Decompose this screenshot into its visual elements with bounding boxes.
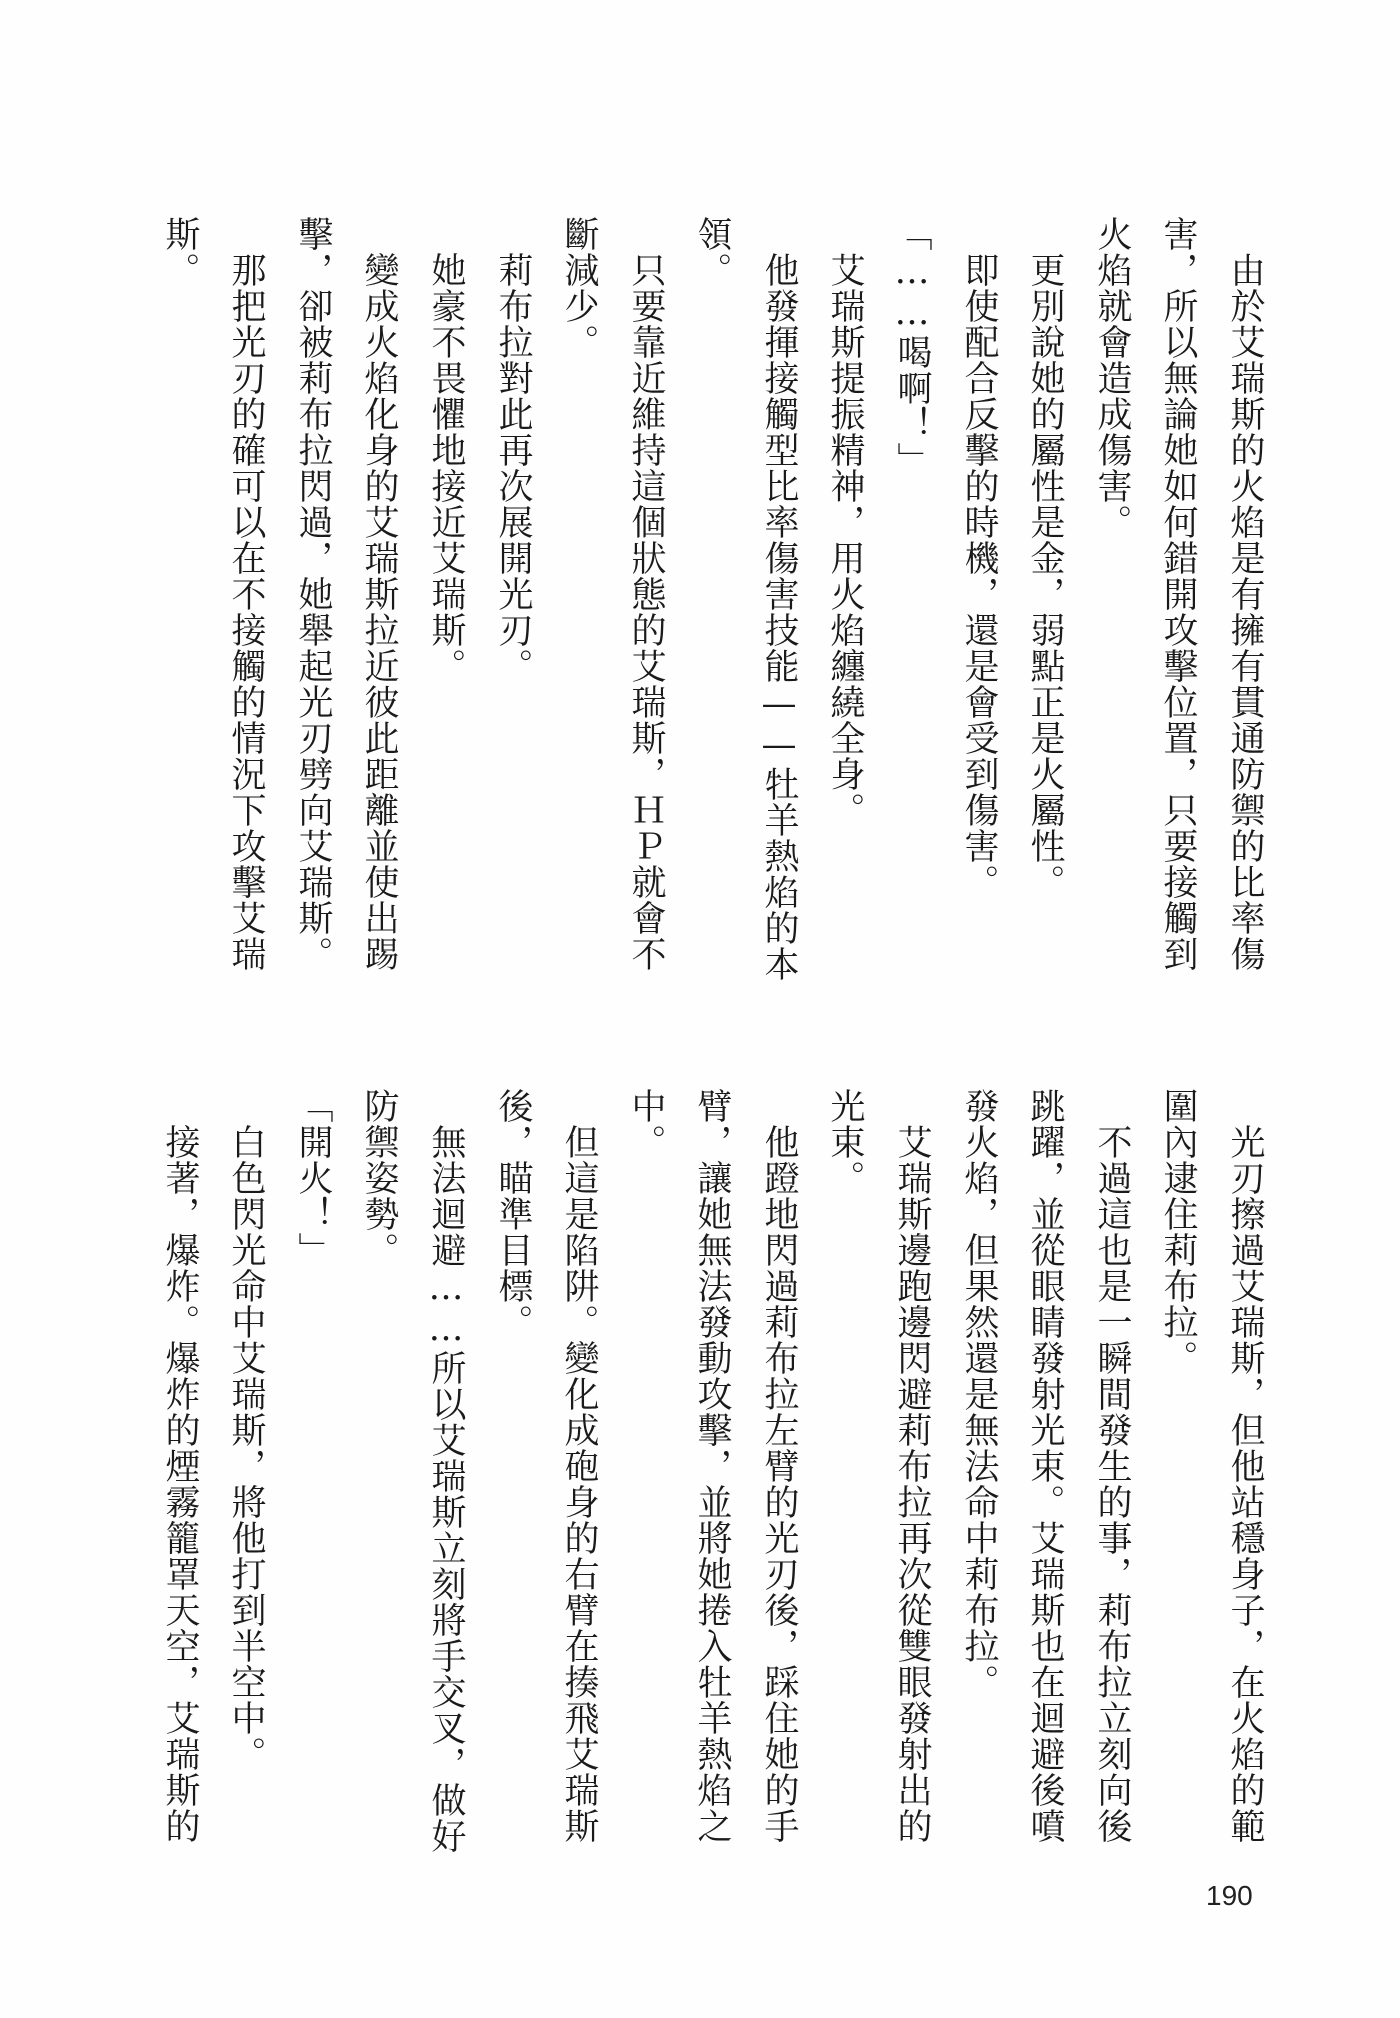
- text-column: 他發揮接觸型比率傷害技能——牡羊熱焰的本: [754, 216, 804, 982]
- book-page: 由於艾瑞斯的火焰是有擁有貫通防禦的比率傷 害，所以無論她如何錯開攻擊位置，只要接…: [0, 0, 1400, 2018]
- text-column: 光束。: [820, 1088, 870, 1196]
- text-column: 斷減少。: [554, 216, 604, 360]
- text-column: 臂，讓她無法發動攻擊，並將她捲入牡羊熱焰之: [687, 1088, 737, 1844]
- text-column: 後，瞄準目標。: [488, 1088, 538, 1340]
- text-column: 更別說她的屬性是金，弱點正是火屬性。: [1020, 216, 1070, 900]
- text-column: 她豪不畏懼地接近艾瑞斯。: [421, 216, 471, 684]
- text-column: 中。: [621, 1088, 671, 1160]
- text-column: 只要靠近維持這個狀態的艾瑞斯，ＨＰ就會不: [621, 216, 671, 972]
- text-column: 火焰就會造成傷害。: [1087, 216, 1137, 540]
- text-column: 擊，卻被莉布拉閃過，她舉起光刃劈向艾瑞斯。: [288, 216, 338, 972]
- text-column: 莉布拉對此再次展開光刃。: [488, 216, 538, 684]
- page-number: 190: [1206, 1880, 1253, 1912]
- text-column: 害，所以無論她如何錯開攻擊位置，只要接觸到: [1153, 216, 1203, 972]
- text-column: 「開火！」: [288, 1088, 338, 1268]
- text-column: 「……喝啊！」: [887, 216, 937, 478]
- text-column: 即使配合反擊的時機，還是會受到傷害。: [954, 216, 1004, 900]
- text-column: 由於艾瑞斯的火焰是有擁有貫通防禦的比率傷: [1220, 216, 1270, 972]
- text-column: 光刃擦過艾瑞斯，但他站穩身子，在火焰的範: [1220, 1088, 1270, 1844]
- text-column: 那把光刃的確可以在不接觸的情況下攻擊艾瑞: [221, 216, 271, 972]
- text-column: 跳躍，並從眼睛發射光束。艾瑞斯也在迴避後噴: [1020, 1088, 1070, 1844]
- text-column: 發火焰，但果然還是無法命中莉布拉。: [954, 1088, 1004, 1700]
- text-block-top: 由於艾瑞斯的火焰是有擁有貫通防禦的比率傷 害，所以無論她如何錯開攻擊位置，只要接…: [148, 216, 1280, 986]
- text-column: 防禦姿勢。: [354, 1088, 404, 1268]
- text-column: 但這是陷阱。變化成砲身的右臂在揍飛艾瑞斯: [554, 1088, 604, 1844]
- text-column: 艾瑞斯邊跑邊閃避莉布拉再次從雙眼發射出的: [887, 1088, 937, 1844]
- text-column: 變成火焰化身的艾瑞斯拉近彼此距離並使出踢: [354, 216, 404, 972]
- text-column: 不過這也是一瞬間發生的事，莉布拉立刻向後: [1087, 1088, 1137, 1844]
- text-column: 接著，爆炸。爆炸的煙霧籠罩天空，艾瑞斯的: [155, 1088, 205, 1844]
- text-column: 無法迴避……所以艾瑞斯立刻將手交叉，做好: [421, 1088, 471, 1854]
- text-block-bottom: 光刃擦過艾瑞斯，但他站穩身子，在火焰的範 圍內逮住莉布拉。 不過這也是一瞬間發生…: [148, 1088, 1280, 1858]
- text-column: 艾瑞斯提振精神，用火焰纏繞全身。: [820, 216, 870, 828]
- text-column: 他蹬地閃過莉布拉左臂的光刃後，踩住她的手: [754, 1088, 804, 1844]
- text-column: 白色閃光命中艾瑞斯，將他打到半空中。: [221, 1088, 271, 1772]
- text-column: 圍內逮住莉布拉。: [1153, 1088, 1203, 1376]
- text-column: 領。: [687, 216, 737, 288]
- text-column: 斯。: [155, 216, 205, 288]
